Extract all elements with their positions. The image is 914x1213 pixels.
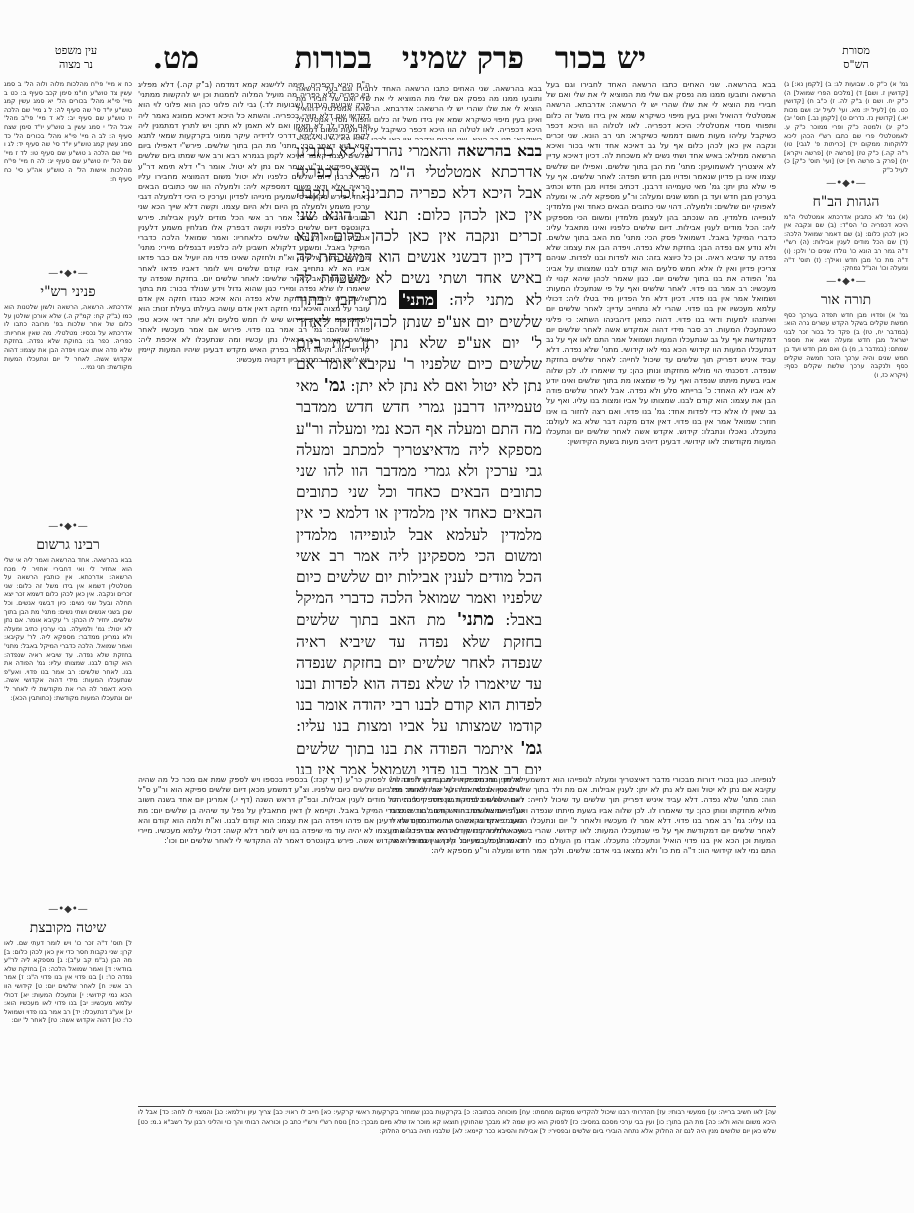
right-margin: גמ' א) כ"ק ס. שבועות לג: ב) [לקמן נא:] ג… [784,80,908,480]
ein-mishpat-text: כח א מיי' פי"ח מהלכות מלוה ולוה הל' ב סמ… [4,80,132,265]
shita-mekubetzet-text: ל] תוס' ד"ה זכר כו' ויש לומר דעתי שם. לא… [4,939,132,1025]
ornament-divider: —•◆•— [784,277,908,287]
rabenu-gershom-title: רבינו גרשום [4,536,132,554]
torah-or-text: גמ' א) ופדויו מבן חדש תפדה בערכך כסף חמש… [784,311,908,380]
gemara-marker: גמ' [520,738,542,759]
torah-or-title: תורה אור [784,291,908,309]
tractate-name: בכורות [294,42,372,76]
rashi-text: בבא בהרשאה. שני האחים כתבו הרשאה האחד לח… [546,80,776,446]
tosafot-text: ה"מ היכא דכפריה. תימה ללישנא קמא דמדמה (… [138,80,370,364]
ornament-divider: —•◆•— [4,269,132,279]
page-header: מסורת הש"ס יש בכור פרק שמיני בכורות מט. … [0,44,914,78]
ornament-divider: —•◆•— [784,179,908,189]
gemara-opening-words: בבא בהרשאה [451,141,542,160]
hagahot-habach-title: הגהות הב"ח [784,193,908,211]
ornament-divider: —•◆•— [4,522,132,532]
penei-rashi-title: פניני רש"י [4,283,132,301]
tosafot-continuation: לא יתן. מדכתיב ופדויו מבן חדש תפדה ויש ל… [138,775,524,1100]
tosafot-commentary: ה"מ היכא דכפריה. תימה ללישנא קמא דמדמה (… [138,80,370,770]
footnote-rule [138,1106,776,1107]
rabenu-gershom-text: בבא בהרשאה. אחד בהרשאה ואמר ליה אי שלי ה… [4,556,132,901]
ein-mishpat-label: עין משפט נר מצוה [46,44,106,72]
mishna-marker: מתני' [457,609,494,630]
folio-number: מט. [153,42,199,76]
footnotes: עה] לאו חשיב ברייה: עו] ממעשי רבותי: עז]… [138,1108,776,1148]
masoret-hashas-text: גמ' א) כ"ק ס. שבועות לג: ב) [לקמן נא:] ג… [784,80,908,175]
mishna-marker: מתני' [399,290,438,309]
masoret-hashas-label: מסורת הש"ס [826,44,886,72]
rashi-commentary: בבא בהרשאה. שני האחים כתבו הרשאה האחד לח… [546,80,776,770]
chapter-name: יש בכור [555,42,646,76]
penei-rashi-text: אדרכתא. הרשאה, הרשאה ולשון שלטנות הוא כמ… [4,303,132,518]
shita-mekubetzet-title: שיטה מקובצת [4,919,132,937]
left-margin: כח א מיי' פי"ח מהלכות מלוה ולוה הל' ב סמ… [4,80,132,1120]
ornament-divider: —•◆•— [4,905,132,915]
hagahot-habach-text: (א) גמ' לא כתבינן אדרכתא אמטלטלי ה"מ היכ… [784,213,908,273]
perek-label: פרק שמיני [402,42,524,76]
